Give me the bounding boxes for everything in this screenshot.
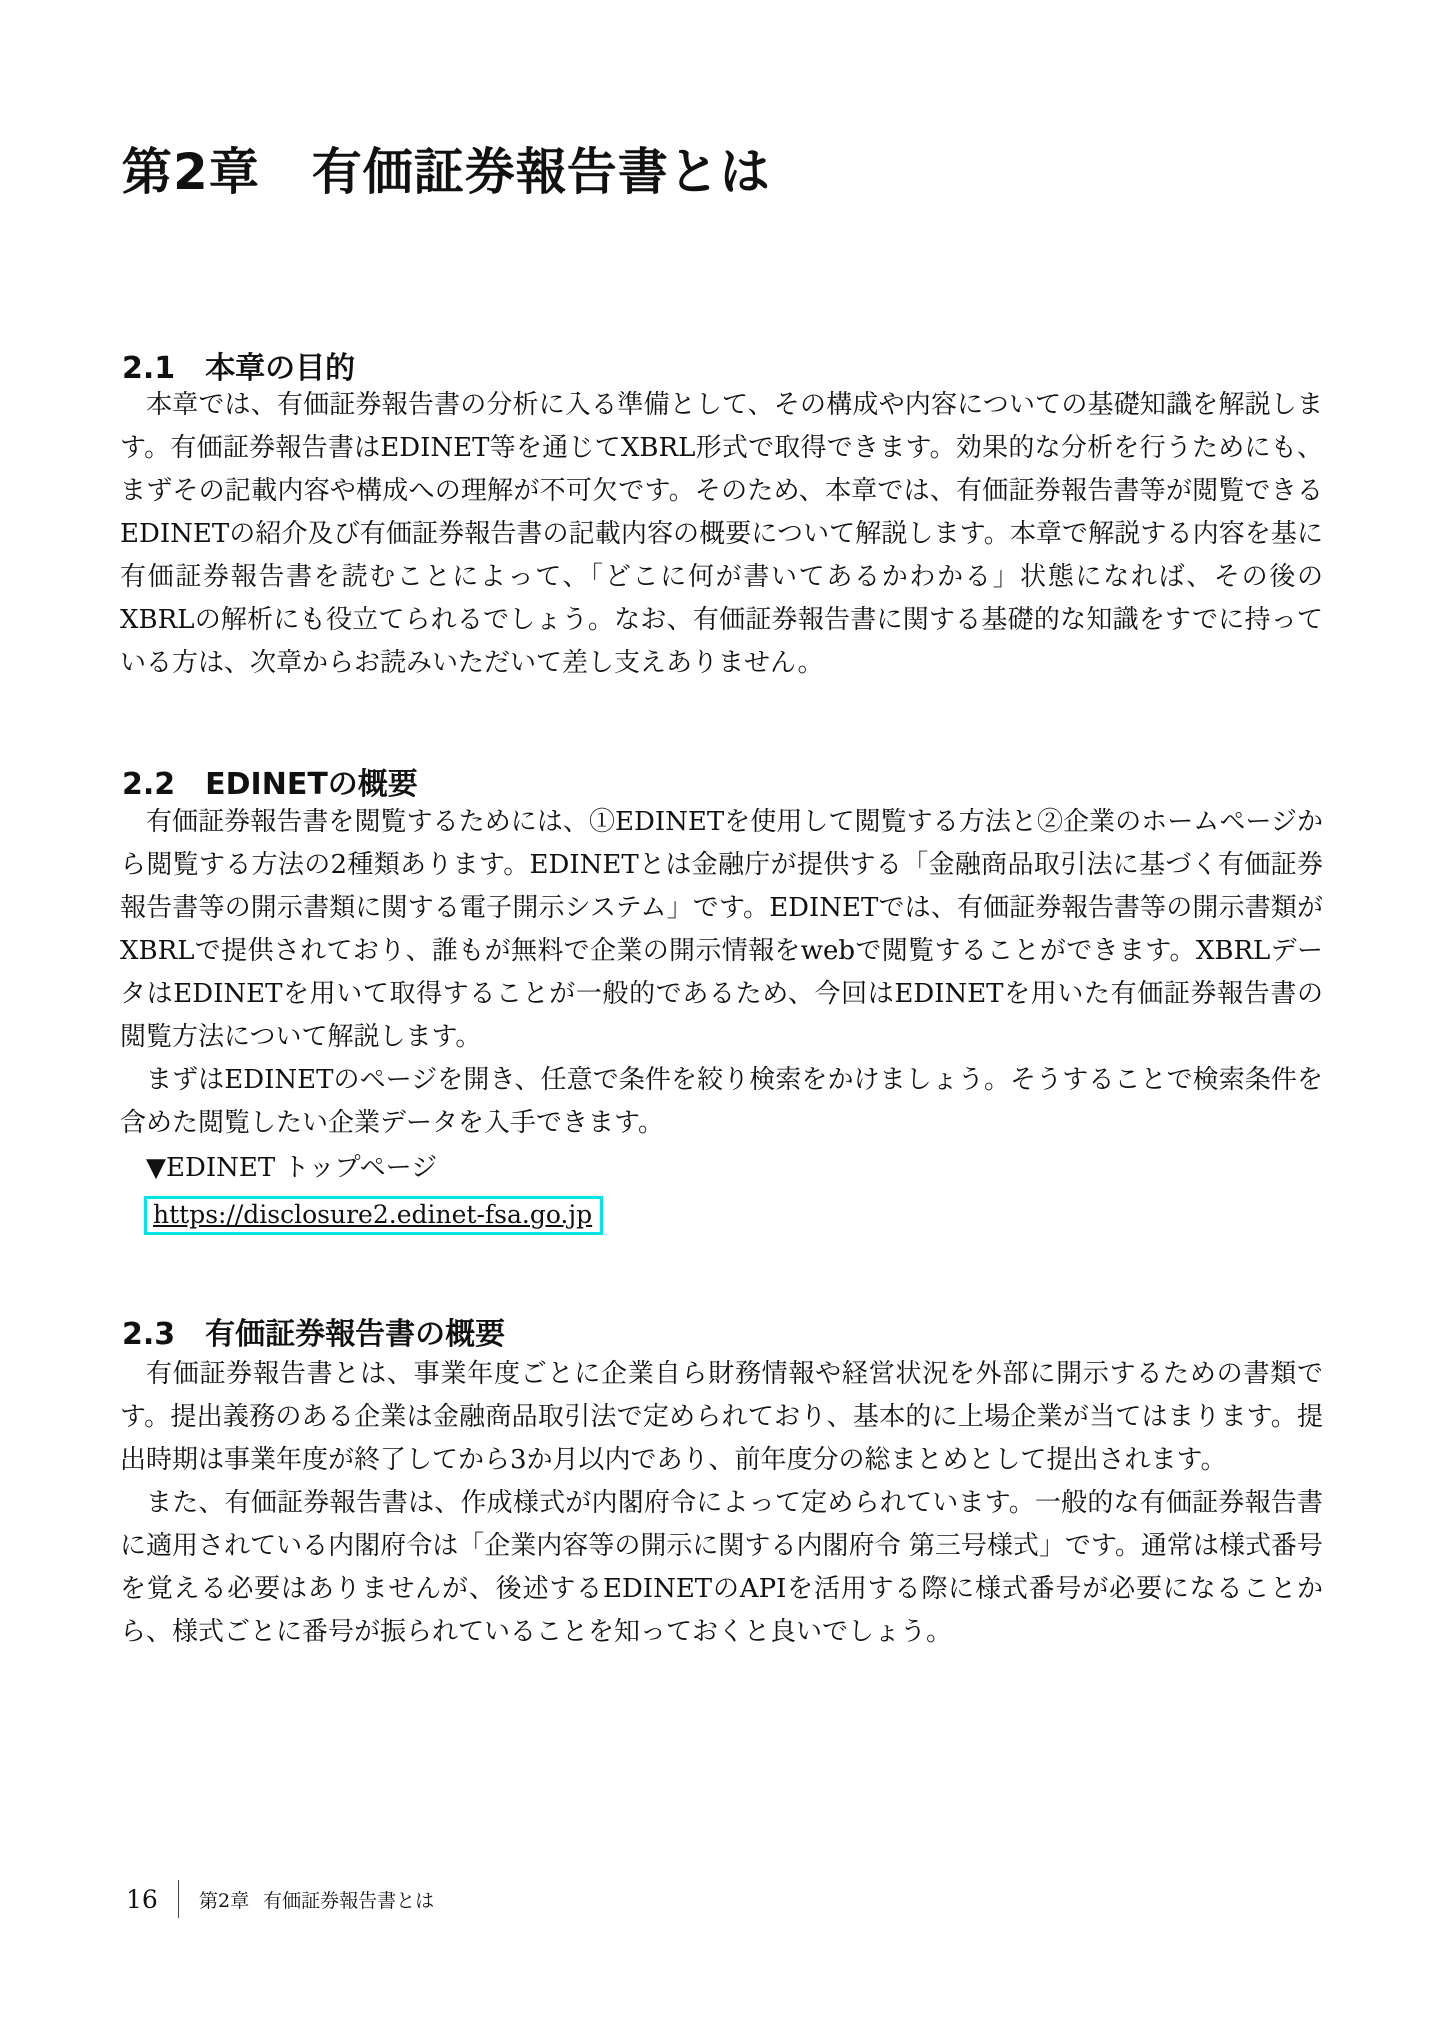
section-number: 2.2 <box>122 767 175 802</box>
footer-page-number: 16 <box>126 1885 164 1914</box>
section-heading-2-1: 2.1本章の目的 <box>122 351 355 387</box>
section-heading-2-2: 2.2EDINETの概要 <box>122 767 418 803</box>
footer-chapter-label: 第2章有価証券報告書とは <box>199 1886 434 1913</box>
section-2-2-paragraph-2: まずはEDINETのページを開き、任意で条件を絞り検索をかけましょう。そうするこ… <box>120 1059 1323 1145</box>
section-number: 2.1 <box>122 351 175 386</box>
page-footer: 16 第2章有価証券報告書とは <box>126 1880 434 1918</box>
section-2-3-paragraph-1: 有価証券報告書とは、事業年度ごとに企業自ら財務情報や経営状況を外部に開示するため… <box>120 1353 1323 1482</box>
section-title: 有価証券報告書の概要 <box>205 1317 505 1352</box>
footer-chapter-title: 有価証券報告書とは <box>263 1890 434 1912</box>
section-2-1-paragraph: 本章では、有価証券報告書の分析に入る準備として、その構成や内容についての基礎知識… <box>120 384 1323 685</box>
section-2-2-paragraph-1: 有価証券報告書を閲覧するためには、①EDINETを使用して閲覧する方法と②企業の… <box>120 801 1323 1059</box>
section-2-3-paragraph-2: また、有価証券報告書は、作成様式が内閣府令によって定められています。一般的な有価… <box>120 1482 1323 1654</box>
edinet-link-caption: ▼EDINET トップページ <box>120 1150 1323 1186</box>
section-heading-2-3: 2.3有価証券報告書の概要 <box>122 1317 505 1353</box>
document-page: 第2章有価証券報告書とは 2.1本章の目的 本章では、有価証券報告書の分析に入る… <box>0 0 1433 2024</box>
section-title: 本章の目的 <box>205 351 355 386</box>
section-title: EDINETの概要 <box>205 767 418 802</box>
chapter-name: 有価証券報告書とは <box>312 143 771 201</box>
footer-divider <box>178 1880 179 1918</box>
chapter-title: 第2章有価証券報告書とは <box>122 144 771 202</box>
footer-chapter-number: 第2章 <box>199 1890 249 1912</box>
edinet-top-page-link[interactable]: https://disclosure2.edinet-fsa.go.jp <box>153 1200 592 1229</box>
chapter-number: 第2章 <box>122 143 260 201</box>
edinet-link-box: https://disclosure2.edinet-fsa.go.jp <box>144 1196 603 1235</box>
section-number: 2.3 <box>122 1317 175 1352</box>
